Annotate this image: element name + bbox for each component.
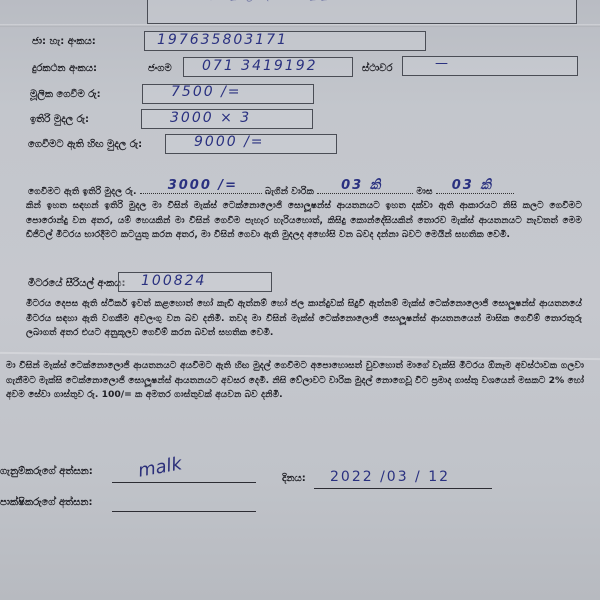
nic-field[interactable]: 197635803171 [144,31,426,51]
meter-serial-label: මීටරයේ සීරියල් අංකය: [28,278,125,289]
landline-value: — [435,56,450,71]
initial-payment-field[interactable]: 7500 /= [142,84,314,104]
meter-warranty-paragraph: මීටරය දෙපස ඇති ස්ටිකර් ඉවත් කළහොත් හෝ කැ… [26,297,582,342]
balance-field[interactable]: 3000 × 3 [141,109,313,129]
phone-label: දුරකථන අංකය: [32,63,97,74]
meter-serial-field[interactable]: 100824 [118,272,272,292]
date-line[interactable] [314,488,492,489]
total-payable-value: 9000 /= [194,134,265,150]
date-value: 2022 /03 / 12 [330,469,450,485]
balance-label: ඉතිරි මුදල රු: [30,114,89,125]
agreement-form-page: ඉහළ ප්‍රදේශ, ගාල්ල, මාතර ජා: හැ: අංකය: 1… [0,0,600,600]
months-label: මාස [416,186,432,197]
installment-amount-label: ගෙවීමට ඇති ඉතිරි මුදල රු. [28,186,137,197]
mobile-value: 071 3419192 [202,58,318,74]
inspector-signature-line[interactable] [112,511,256,512]
date-label: දිනය: [282,473,306,484]
total-payable-field[interactable]: 9000 /= [165,134,337,154]
landline-label: ස්ථාවර [362,63,392,74]
landline-field[interactable]: — [402,56,578,76]
nic-value: 197635803171 [157,32,288,48]
inspector-signature-label: පාක්ෂිකරුගේ අත්සන: [0,497,92,508]
paper-fold [0,24,600,27]
mobile-label: ජංගම [148,63,172,74]
months-field[interactable]: 03 කි [436,183,514,194]
installments-label: බැගින් වාරික [265,186,314,197]
balance-value: 3000 × 3 [170,110,251,126]
customer-signature-line[interactable] [112,482,256,483]
installment-amount-value: 3000 /= [168,179,238,194]
mobile-field[interactable]: 071 3419192 [183,57,353,77]
installments-field[interactable]: 03 කි [317,183,413,194]
late-fee-paragraph: මා විසින් මැක්ස් ටෙක්නොලොජි ආයතනයට අයවීම… [6,359,584,419]
nic-label: ජා: හැ: අංකය: [32,36,96,47]
address-value: ඉහළ ප්‍රදේශ, ගාල්ල, මාතර [208,0,378,2]
total-payable-label: ගෙවීමට ඇති හිඟ මුදල රු: [28,139,142,150]
customer-signature: malk [137,453,184,481]
initial-payment-value: 7500 /= [171,84,242,100]
payment-commitment-paragraph: කින් ඉහත සඳහන් ඉතිරි මුදල මා විසින් මැක්… [26,199,582,259]
address-box: ඉහළ ප්‍රදේශ, ගාල්ල, මාතර [147,0,577,24]
installments-value: 03 කි [341,179,382,194]
customer-signature-label: ගැනුම්කරුගේ අත්සන: [0,466,93,477]
months-value: 03 කි [452,179,493,194]
meter-serial-value: 100824 [141,273,206,289]
installment-line: ගෙවීමට ඇති ඉතිරි මුදල රු. 3000 /= බැගින්… [28,183,584,200]
installment-amount-field[interactable]: 3000 /= [140,183,262,194]
initial-payment-label: මූලික ගෙවීම රු: [30,89,101,100]
